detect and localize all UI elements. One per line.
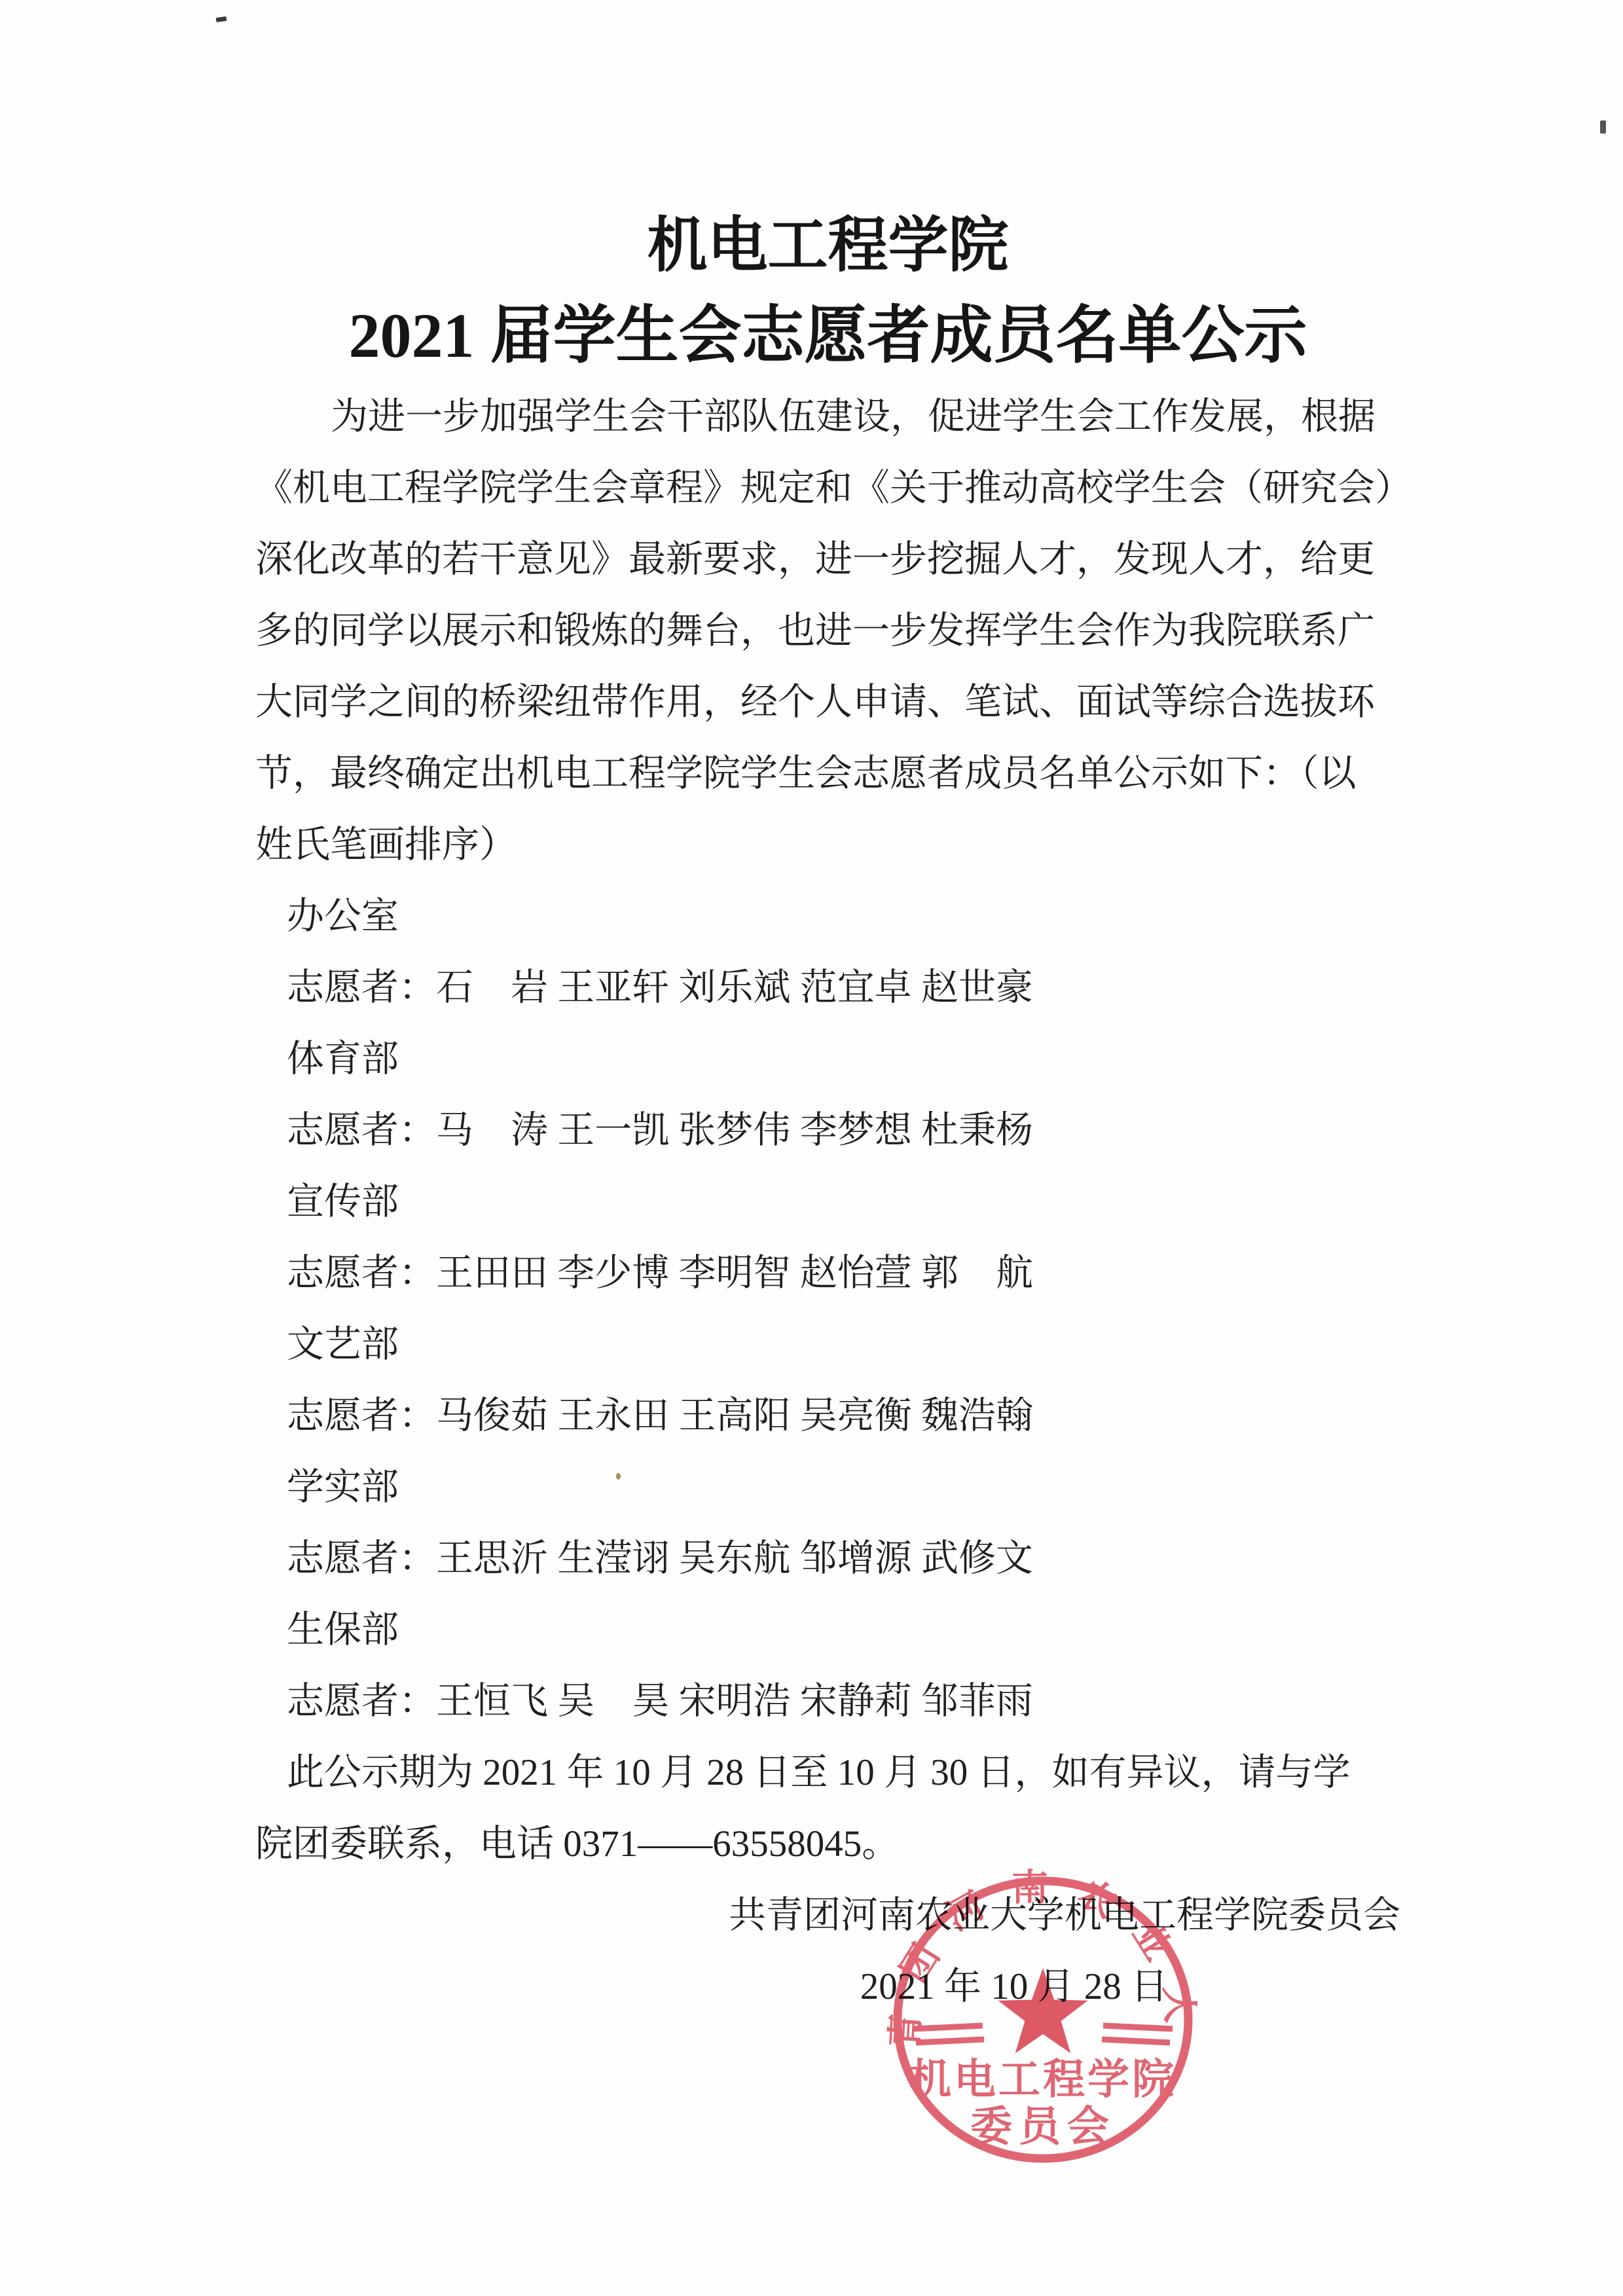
paragraph-line: 深化改革的若干意见》最新要求，进一步挖掘人才，发现人才，给更 bbox=[255, 524, 1400, 595]
volunteer-label: 志愿者： bbox=[287, 1110, 436, 1151]
volunteer-label: 志愿者： bbox=[287, 1538, 436, 1579]
notice-line: 院团委联系，电话 0371——63558045。 bbox=[255, 1808, 1400, 1880]
signature: 共青团河南农业大学机电工程学院委员会 bbox=[255, 1880, 1400, 1951]
volunteer-label: 志愿者： bbox=[287, 1681, 436, 1722]
paragraph-line: 姓氏笔画排序） bbox=[255, 809, 1400, 881]
notice-line: 此公示期为 2021 年 10 月 28 日至 10 月 30 日，如有异议，请… bbox=[255, 1737, 1400, 1808]
volunteer-label: 志愿者： bbox=[287, 1252, 436, 1294]
volunteer-label: 志愿者： bbox=[287, 1395, 436, 1436]
department-name: 宣传部 bbox=[255, 1166, 1400, 1237]
scan-speck bbox=[1600, 120, 1606, 134]
volunteer-names: 马 涛 王一凯 张梦伟 李梦想 杜秉杨 bbox=[436, 1110, 1033, 1151]
volunteer-names: 王思沂 生滢诩 吴东航 邹增源 武修文 bbox=[436, 1538, 1033, 1579]
volunteer-names: 马俊茹 王永田 王高阳 吴亮衡 魏浩翰 bbox=[436, 1395, 1033, 1436]
document-body: 机电工程学院 2021 届学生会志愿者成员名单公示 为进一步加强学生会干部队伍建… bbox=[255, 200, 1400, 2022]
official-stamp: 共青团河南农业大学 机电工程学院 委员会 bbox=[879, 1866, 1207, 2174]
stamp-committee: 委员会 bbox=[970, 2104, 1116, 2150]
department-name: 办公室 bbox=[255, 881, 1400, 952]
notice-paragraph: 此公示期为 2021 年 10 月 28 日至 10 月 30 日，如有异议，请… bbox=[255, 1737, 1400, 1880]
volunteer-names: 王田田 李少博 李明智 赵怡萱 郭 航 bbox=[436, 1252, 1033, 1294]
volunteer-row: 志愿者：石 岩 王亚轩 刘乐斌 范宜卓 赵世豪 bbox=[255, 952, 1400, 1023]
scan-speck bbox=[216, 16, 227, 22]
volunteer-row: 志愿者：马俊茹 王永田 王高阳 吴亮衡 魏浩翰 bbox=[255, 1380, 1400, 1451]
department-name: 文艺部 bbox=[255, 1309, 1400, 1380]
date: 2021 年 10 月 28 日 bbox=[255, 1951, 1400, 2022]
volunteer-row: 志愿者：王恒飞 吴 昊 宋明浩 宋静莉 邹菲雨 bbox=[255, 1666, 1400, 1737]
paragraph-line: 节，最终确定出机电工程学院学生会志愿者成员名单公示如下：（以 bbox=[255, 738, 1400, 809]
stamp-college-name: 机电工程学院 bbox=[909, 2056, 1176, 2103]
department-list: 办公室 志愿者：石 岩 王亚轩 刘乐斌 范宜卓 赵世豪 体育部 志愿者：马 涛 … bbox=[255, 881, 1400, 1737]
volunteer-names: 王恒飞 吴 昊 宋明浩 宋静莉 邹菲雨 bbox=[436, 1681, 1033, 1722]
document-subtitle: 2021 届学生会志愿者成员名单公示 bbox=[255, 291, 1400, 381]
document-title: 机电工程学院 bbox=[255, 200, 1400, 291]
scanned-notice-page: 机电工程学院 2021 届学生会志愿者成员名单公示 为进一步加强学生会干部队伍建… bbox=[0, 0, 1623, 2296]
department-name: 体育部 bbox=[255, 1023, 1400, 1095]
volunteer-label: 志愿者： bbox=[287, 967, 436, 1008]
paragraph-line: 为进一步加强学生会干部队伍建设，促进学生会工作发展，根据 bbox=[255, 381, 1400, 452]
paragraph-line: 大同学之间的桥梁纽带作用，经个人申请、笔试、面试等综合选拔环 bbox=[255, 666, 1400, 738]
paragraph-line: 《机电工程学院学生会章程》规定和《关于推动高校学生会（研究会） bbox=[255, 452, 1400, 524]
volunteer-names: 石 岩 王亚轩 刘乐斌 范宜卓 赵世豪 bbox=[436, 967, 1033, 1008]
stamp-star-icon bbox=[998, 1968, 1088, 2053]
volunteer-row: 志愿者：马 涛 王一凯 张梦伟 李梦想 杜秉杨 bbox=[255, 1095, 1400, 1166]
paragraph-line: 多的同学以展示和锻炼的舞台，也进一步发挥学生会作为我院联系广 bbox=[255, 595, 1400, 666]
volunteer-row: 志愿者：王田田 李少博 李明智 赵怡萱 郭 航 bbox=[255, 1237, 1400, 1309]
department-name: 学实部 bbox=[255, 1451, 1400, 1523]
department-name: 生保部 bbox=[255, 1594, 1400, 1666]
volunteer-row: 志愿者：王思沂 生滢诩 吴东航 邹增源 武修文 bbox=[255, 1523, 1400, 1594]
intro-paragraph: 为进一步加强学生会干部队伍建设，促进学生会工作发展，根据 《机电工程学院学生会章… bbox=[255, 381, 1400, 881]
